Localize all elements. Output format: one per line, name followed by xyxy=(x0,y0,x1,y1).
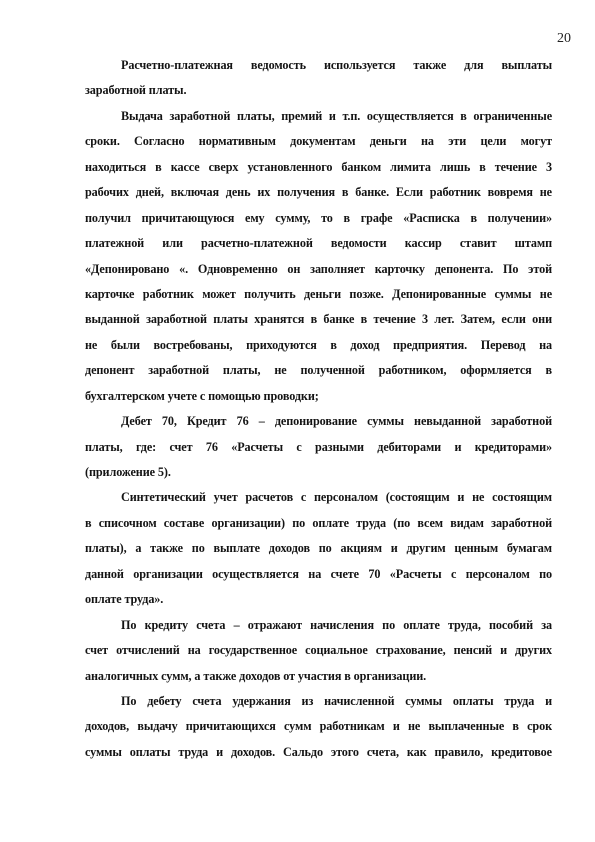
text-line: (приложение 5). xyxy=(85,460,552,485)
text-line: По кредиту счета – отражают начисления п… xyxy=(85,613,552,638)
text-line: суммы оплаты труда и доходов. Сальдо это… xyxy=(85,740,552,765)
text-line: рабочих дней, включая день их получения … xyxy=(85,180,552,205)
text-line: бухгалтерском учете с помощью проводки; xyxy=(85,384,552,409)
paragraph: По дебету счета удержания из начисленной… xyxy=(85,689,552,765)
text-line: оплате труда». xyxy=(85,587,552,612)
text-line: выданной заработной платы хранятся в бан… xyxy=(85,307,552,332)
text-line: платы), а также по выплате доходов по ак… xyxy=(85,536,552,561)
document-page: { "page": { "number": "20", "background_… xyxy=(0,0,595,842)
paragraph: Синтетический учет расчетов с персоналом… xyxy=(85,485,552,612)
text-line: платежной или расчетно-платежной ведомос… xyxy=(85,231,552,256)
text-line: «Депонировано «. Одновременно он заполня… xyxy=(85,257,552,282)
text-line: платы, где: счет 76 «Расчеты с разными д… xyxy=(85,435,552,460)
text-line: По дебету счета удержания из начисленной… xyxy=(85,689,552,714)
text-line: доходов, выдачу причитающихся сумм работ… xyxy=(85,714,552,739)
text-line: заработной платы. xyxy=(85,78,552,103)
text-line: данной организации осуществляется на сче… xyxy=(85,562,552,587)
text-line: находиться в кассе сверх установленного … xyxy=(85,155,552,180)
text-line: Синтетический учет расчетов с персоналом… xyxy=(85,485,552,510)
text-line: аналогичных сумм, а также доходов от уча… xyxy=(85,664,552,689)
text-line: депонент заработной платы, не полученной… xyxy=(85,358,552,383)
text-line: не были востребованы, приходуются в дохо… xyxy=(85,333,552,358)
text-line: Расчетно-платежная ведомость используетс… xyxy=(85,53,552,78)
text-line: Выдача заработной платы, премий и т.п. о… xyxy=(85,104,552,129)
text-line: Дебет 70, Кредит 76 – депонирование сумм… xyxy=(85,409,552,434)
paragraph: Расчетно-платежная ведомость используетс… xyxy=(85,53,552,104)
paragraph: Выдача заработной платы, премий и т.п. о… xyxy=(85,104,552,409)
text-line: карточке работник может получить деньги … xyxy=(85,282,552,307)
text-line: счет отчислений на государственное социа… xyxy=(85,638,552,663)
page-number: 20 xyxy=(557,31,571,47)
paragraph: Дебет 70, Кредит 76 – депонирование сумм… xyxy=(85,409,552,485)
text-line: получил причитающуюся ему сумму, то в гр… xyxy=(85,206,552,231)
text-line: в списочном составе организации) по опла… xyxy=(85,511,552,536)
page-body: Расчетно-платежная ведомость используетс… xyxy=(85,53,552,765)
paragraph: По кредиту счета – отражают начисления п… xyxy=(85,613,552,689)
text-line: сроки. Согласно нормативным документам д… xyxy=(85,129,552,154)
